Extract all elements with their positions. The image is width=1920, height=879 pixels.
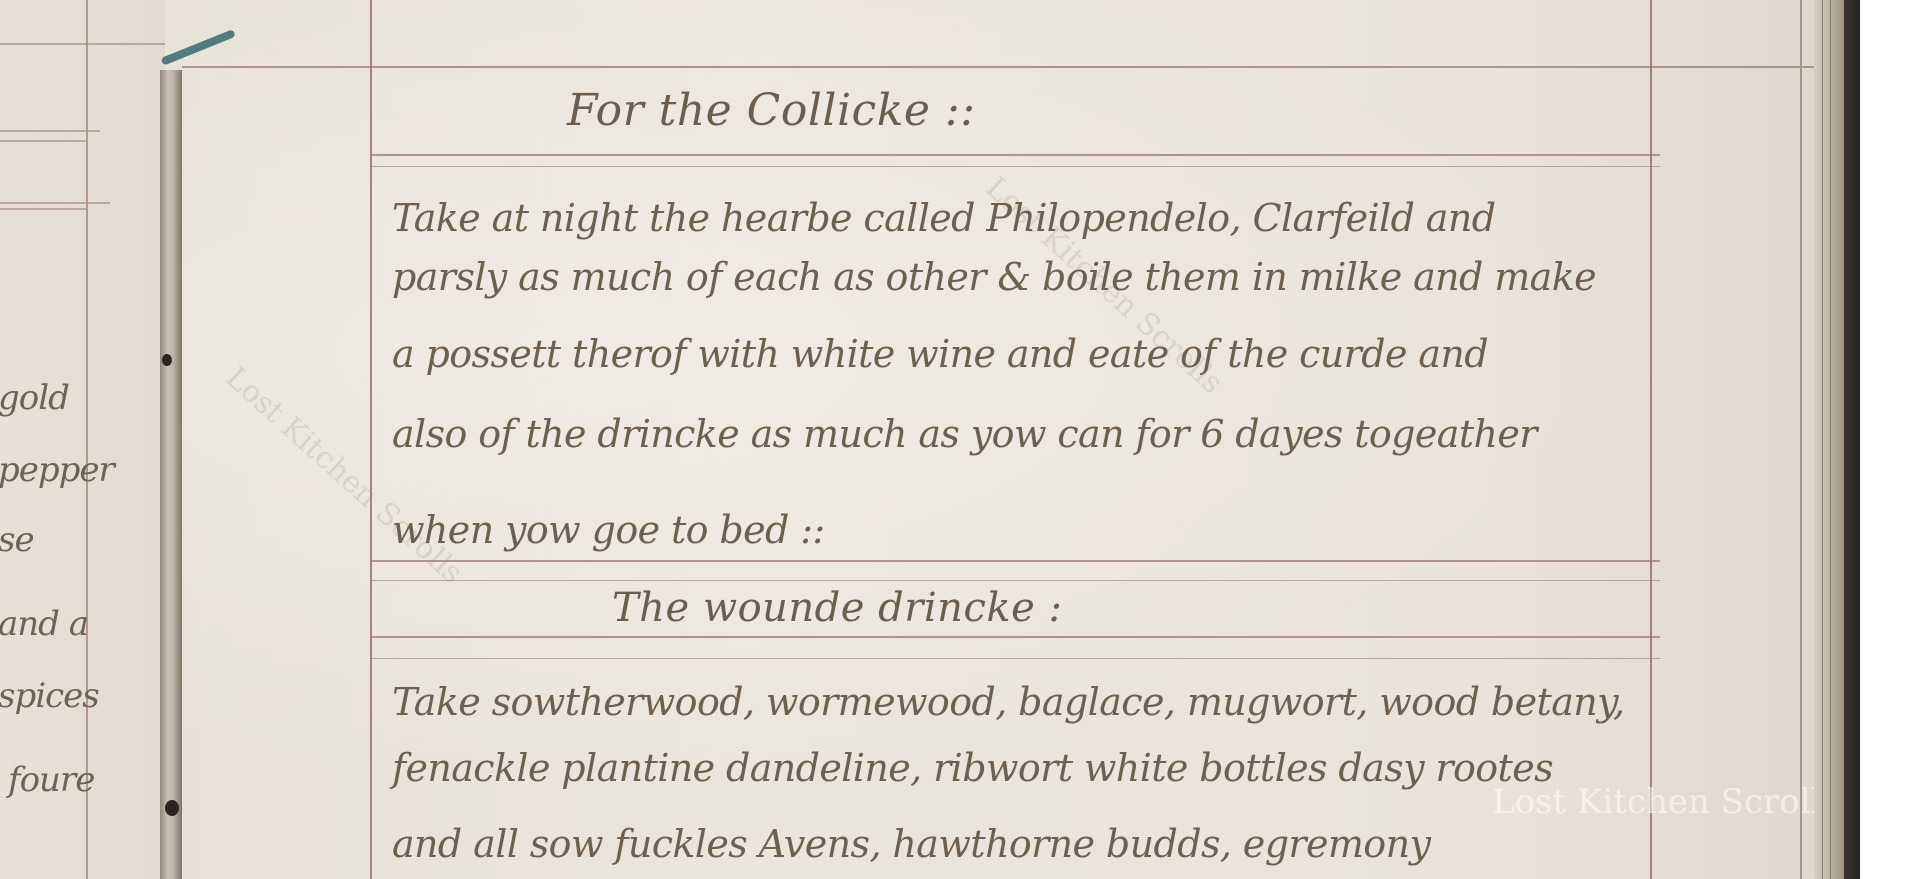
left-page: gold pepper se and a spices foure (0, 0, 165, 879)
title-rule (370, 166, 1660, 167)
manuscript-scan: gold pepper se and a spices foure Lost K… (0, 0, 1860, 879)
book-cover-edge (1844, 0, 1860, 879)
left-fragment: foure (8, 760, 94, 800)
title-rule (370, 154, 1660, 156)
recipe-line: and all sow fuckles Avens, hawthorne bud… (392, 822, 1430, 866)
recipe-line: parsly as much of each as other & boile … (392, 255, 1596, 299)
recipe-line: fenackle plantine dandeline, ribwort whi… (392, 746, 1553, 790)
page-stack (1814, 0, 1844, 879)
section-rule (370, 580, 1660, 581)
left-page-rule (0, 140, 86, 142)
watermark-text: Lost Kitchen Scrolls (1492, 782, 1839, 822)
recipe-line: a possett therof with white wine and eat… (392, 332, 1488, 376)
left-fragment: and a (0, 604, 88, 644)
recipe-line: Take sowtherwood, wormewood, baglace, mu… (392, 680, 1624, 724)
sewing-hole (162, 354, 172, 366)
left-page-rule (0, 130, 100, 132)
section-rule (370, 636, 1660, 638)
left-fragment: pepper (0, 450, 114, 490)
section-rule (370, 658, 1660, 659)
left-fragment: se (0, 520, 34, 560)
recipe-line: when yow goe to bed :: (392, 508, 825, 552)
left-margin-line (370, 0, 372, 879)
watermark-diagonal: Lost Kitchen Scrolls (219, 360, 470, 591)
page-edge-line (1830, 0, 1831, 879)
sewing-hole (165, 800, 179, 816)
left-page-rule (0, 43, 165, 45)
left-page-rule (0, 202, 110, 204)
left-fragment: spices (0, 676, 99, 716)
left-fragment: gold (0, 378, 69, 418)
recipe-line: also of the drincke as much as yow can f… (392, 412, 1537, 456)
recipe-line: Take at night the hearbe called Philopen… (392, 196, 1495, 240)
page-edge-line (1800, 0, 1802, 879)
page-edge-line (1822, 0, 1823, 879)
recipe-title-wounde-drincke: The wounde drincke : (612, 585, 1062, 631)
left-page-rule (0, 208, 86, 210)
section-rule (370, 560, 1660, 562)
recipe-title-collicke: For the Collicke :: (567, 85, 976, 136)
top-rule (182, 66, 1822, 68)
right-page: Lost Kitchen Scrolls Lost Kitchen Scroll… (182, 0, 1860, 879)
right-margin-line (1650, 0, 1652, 879)
binding-gutter (160, 70, 182, 879)
